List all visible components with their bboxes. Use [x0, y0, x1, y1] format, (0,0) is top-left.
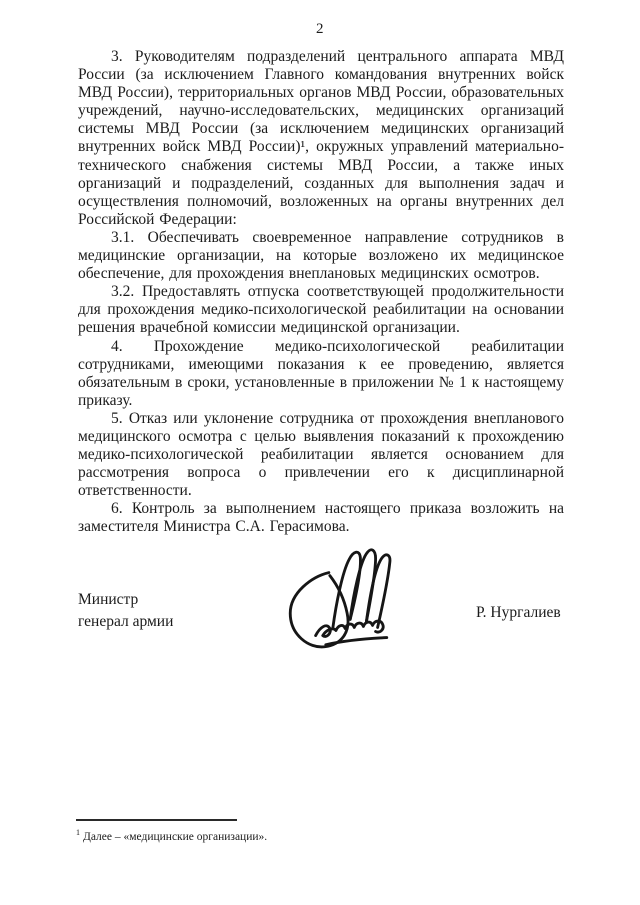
- signatory-position: Министр генерал армии: [78, 589, 173, 633]
- footnote-separator: [76, 819, 237, 821]
- paragraph-4: 4. Прохождение медико-психологической ре…: [78, 338, 564, 410]
- document-body: 3. Руководителям подразделений центральн…: [78, 48, 564, 537]
- paragraph-3: 3. Руководителям подразделений центральн…: [78, 48, 564, 229]
- paragraph-5: 5. Отказ или уклонение сотрудника от про…: [78, 410, 564, 500]
- paragraph-3-1: 3.1. Обеспечивать своевременное направле…: [78, 229, 564, 283]
- signatory-position-line1: Министр: [78, 589, 173, 611]
- signatory-name: Р. Нургалиев: [476, 604, 561, 622]
- document-page: 2 3. Руководителям подразделений централ…: [0, 0, 640, 905]
- footnote-body: Далее – «медицинские организации».: [83, 831, 267, 843]
- signatory-position-line2: генерал армии: [78, 611, 173, 633]
- paragraph-3-2: 3.2. Предоставлять отпуска соответствующ…: [78, 283, 564, 337]
- footnote: 1Далее – «медицинские организации».: [76, 826, 556, 844]
- page-number: 2: [0, 21, 640, 38]
- signature-image: [275, 546, 402, 653]
- paragraph-6: 6. Контроль за выполнением настоящего пр…: [78, 500, 564, 536]
- footnote-marker: 1: [76, 828, 80, 837]
